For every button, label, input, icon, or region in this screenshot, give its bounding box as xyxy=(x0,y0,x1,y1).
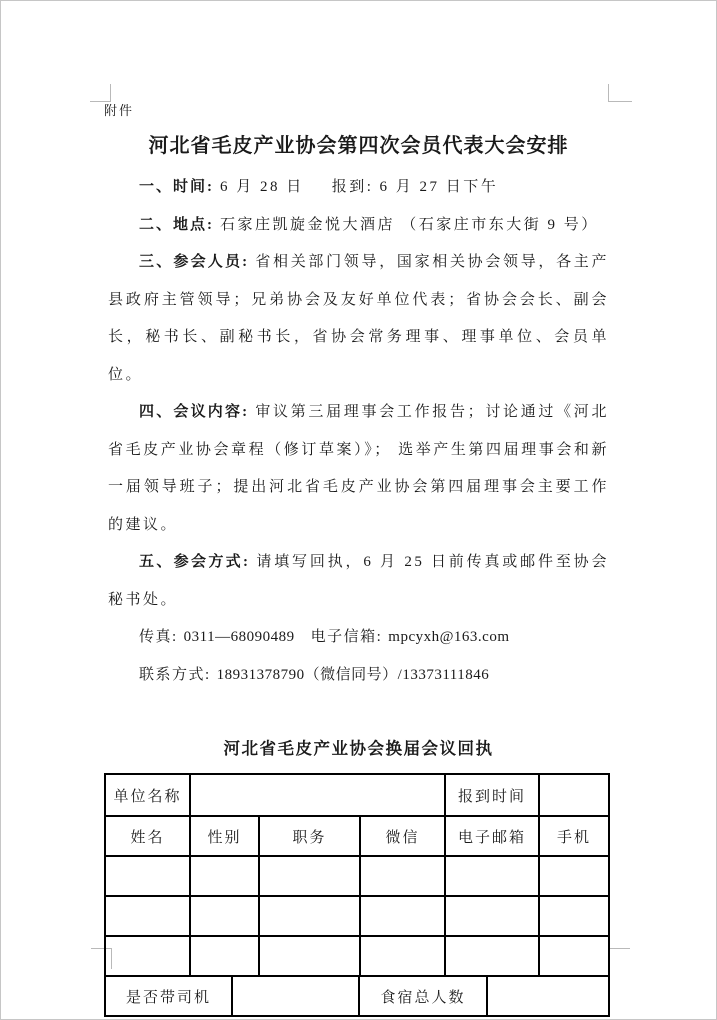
entry-row xyxy=(105,896,609,936)
contact-fax-line: 传真:0311—68090489电子信箱:mpcyxh@163.com xyxy=(108,619,609,657)
column-header-position: 职务 xyxy=(259,816,360,856)
attachment-label: 附件 xyxy=(104,101,609,121)
entry-cell[interactable] xyxy=(105,936,190,976)
section-participation-label: 五、参会方式: xyxy=(139,554,250,570)
checkin-time-label-cell: 报到时间 xyxy=(445,774,539,816)
document-page: 附件 河北省毛皮产业协会第四次会员代表大会安排 一、时间:6 月 28 日报到:… xyxy=(0,0,717,1020)
section-location-label: 二、地点: xyxy=(139,217,214,233)
section-time-label: 一、时间: xyxy=(139,179,214,195)
entry-cell[interactable] xyxy=(190,936,259,976)
entry-cell[interactable] xyxy=(259,856,360,896)
entry-cell[interactable] xyxy=(445,856,539,896)
checkin-time-input-cell[interactable] xyxy=(539,774,609,816)
reply-form-table: 单位名称 报到时间 姓名 性别 职务 微信 电子邮箱 手机 xyxy=(104,773,610,977)
checkin-value: 6 月 27 日下午 xyxy=(379,179,498,195)
meals-label-cell: 食宿总人数 xyxy=(359,977,487,1016)
section-agenda-value: 审议第三届理事会工作报告；讨论通过《河北省毛皮产业协会章程（修订草案）》； 选举… xyxy=(108,404,609,533)
entry-cell[interactable] xyxy=(190,856,259,896)
section-participation: 五、参会方式:请填写回执，6 月 25 日前传真或邮件至协会秘书处。 xyxy=(108,544,609,619)
entry-cell[interactable] xyxy=(105,856,190,896)
unit-name-input-cell[interactable] xyxy=(190,774,445,816)
document-title: 河北省毛皮产业协会第四次会员代表大会安排 xyxy=(108,123,609,169)
entry-row xyxy=(105,856,609,896)
section-time-value: 6 月 28 日 xyxy=(220,179,304,195)
section-attendees: 三、参会人员:省相关部门领导，国家相关协会领导，各主产县政府主管领导；兄弟协会及… xyxy=(108,244,609,394)
entry-cell[interactable] xyxy=(539,896,609,936)
document-body: 附件 河北省毛皮产业协会第四次会员代表大会安排 一、时间:6 月 28 日报到:… xyxy=(108,101,609,1017)
unit-name-label-cell: 单位名称 xyxy=(105,774,190,816)
contact-phone-line: 联系方式:18931378790（微信同号）/13373111846 xyxy=(108,657,609,695)
section-location: 二、地点:石家庄凯旋金悦大酒店 （石家庄市东大街 9 号） xyxy=(108,207,609,245)
entry-row xyxy=(105,936,609,976)
checkin-label: 报到: xyxy=(332,179,374,195)
entry-cell[interactable] xyxy=(105,896,190,936)
column-header-email: 电子邮箱 xyxy=(445,816,539,856)
section-attendees-label: 三、参会人员: xyxy=(139,254,249,270)
reply-form-title: 河北省毛皮产业协会换届会议回执 xyxy=(108,736,609,762)
fax-label: 传真: xyxy=(139,629,178,645)
section-agenda-label: 四、会议内容: xyxy=(139,404,249,420)
column-header-wechat: 微信 xyxy=(360,816,445,856)
entry-cell[interactable] xyxy=(259,936,360,976)
section-agenda: 四、会议内容:审议第三届理事会工作报告；讨论通过《河北省毛皮产业协会章程（修订草… xyxy=(108,394,609,544)
section-time: 一、时间:6 月 28 日报到:6 月 27 日下午 xyxy=(108,169,609,207)
phone-label: 联系方式: xyxy=(139,667,211,683)
section-attendees-value: 省相关部门领导，国家相关协会领导，各主产县政府主管领导；兄弟协会及友好单位代表；… xyxy=(108,254,609,383)
fax-number: 0311—68090489 xyxy=(184,629,295,645)
entry-cell[interactable] xyxy=(259,896,360,936)
margin-mark-top-right xyxy=(608,84,632,102)
phone-numbers: 18931378790（微信同号）/13373111846 xyxy=(217,667,490,683)
table-header-row: 姓名 性别 职务 微信 电子邮箱 手机 xyxy=(105,816,609,856)
entry-cell[interactable] xyxy=(360,856,445,896)
section-location-value: 石家庄凯旋金悦大酒店 （石家庄市东大街 9 号） xyxy=(220,217,599,233)
driver-label-cell: 是否带司机 xyxy=(105,977,232,1016)
driver-input-cell[interactable] xyxy=(232,977,359,1016)
email-address: mpcyxh@163.com xyxy=(388,629,509,645)
margin-mark-bottom-right xyxy=(608,948,630,969)
entry-cell[interactable] xyxy=(360,936,445,976)
meals-input-cell[interactable] xyxy=(487,977,609,1016)
entry-cell[interactable] xyxy=(190,896,259,936)
email-label: 电子信箱: xyxy=(311,629,383,645)
entry-cell[interactable] xyxy=(445,936,539,976)
reply-form-footer-row: 是否带司机 食宿总人数 xyxy=(104,977,610,1017)
entry-cell[interactable] xyxy=(539,936,609,976)
table-row-unit: 单位名称 报到时间 xyxy=(105,774,609,816)
entry-cell[interactable] xyxy=(360,896,445,936)
entry-cell[interactable] xyxy=(445,896,539,936)
table-row-driver-meals: 是否带司机 食宿总人数 xyxy=(105,977,609,1016)
entry-cell[interactable] xyxy=(539,856,609,896)
column-header-mobile: 手机 xyxy=(539,816,609,856)
margin-mark-top-left xyxy=(90,84,111,102)
column-header-name: 姓名 xyxy=(105,816,190,856)
column-header-gender: 性别 xyxy=(190,816,259,856)
